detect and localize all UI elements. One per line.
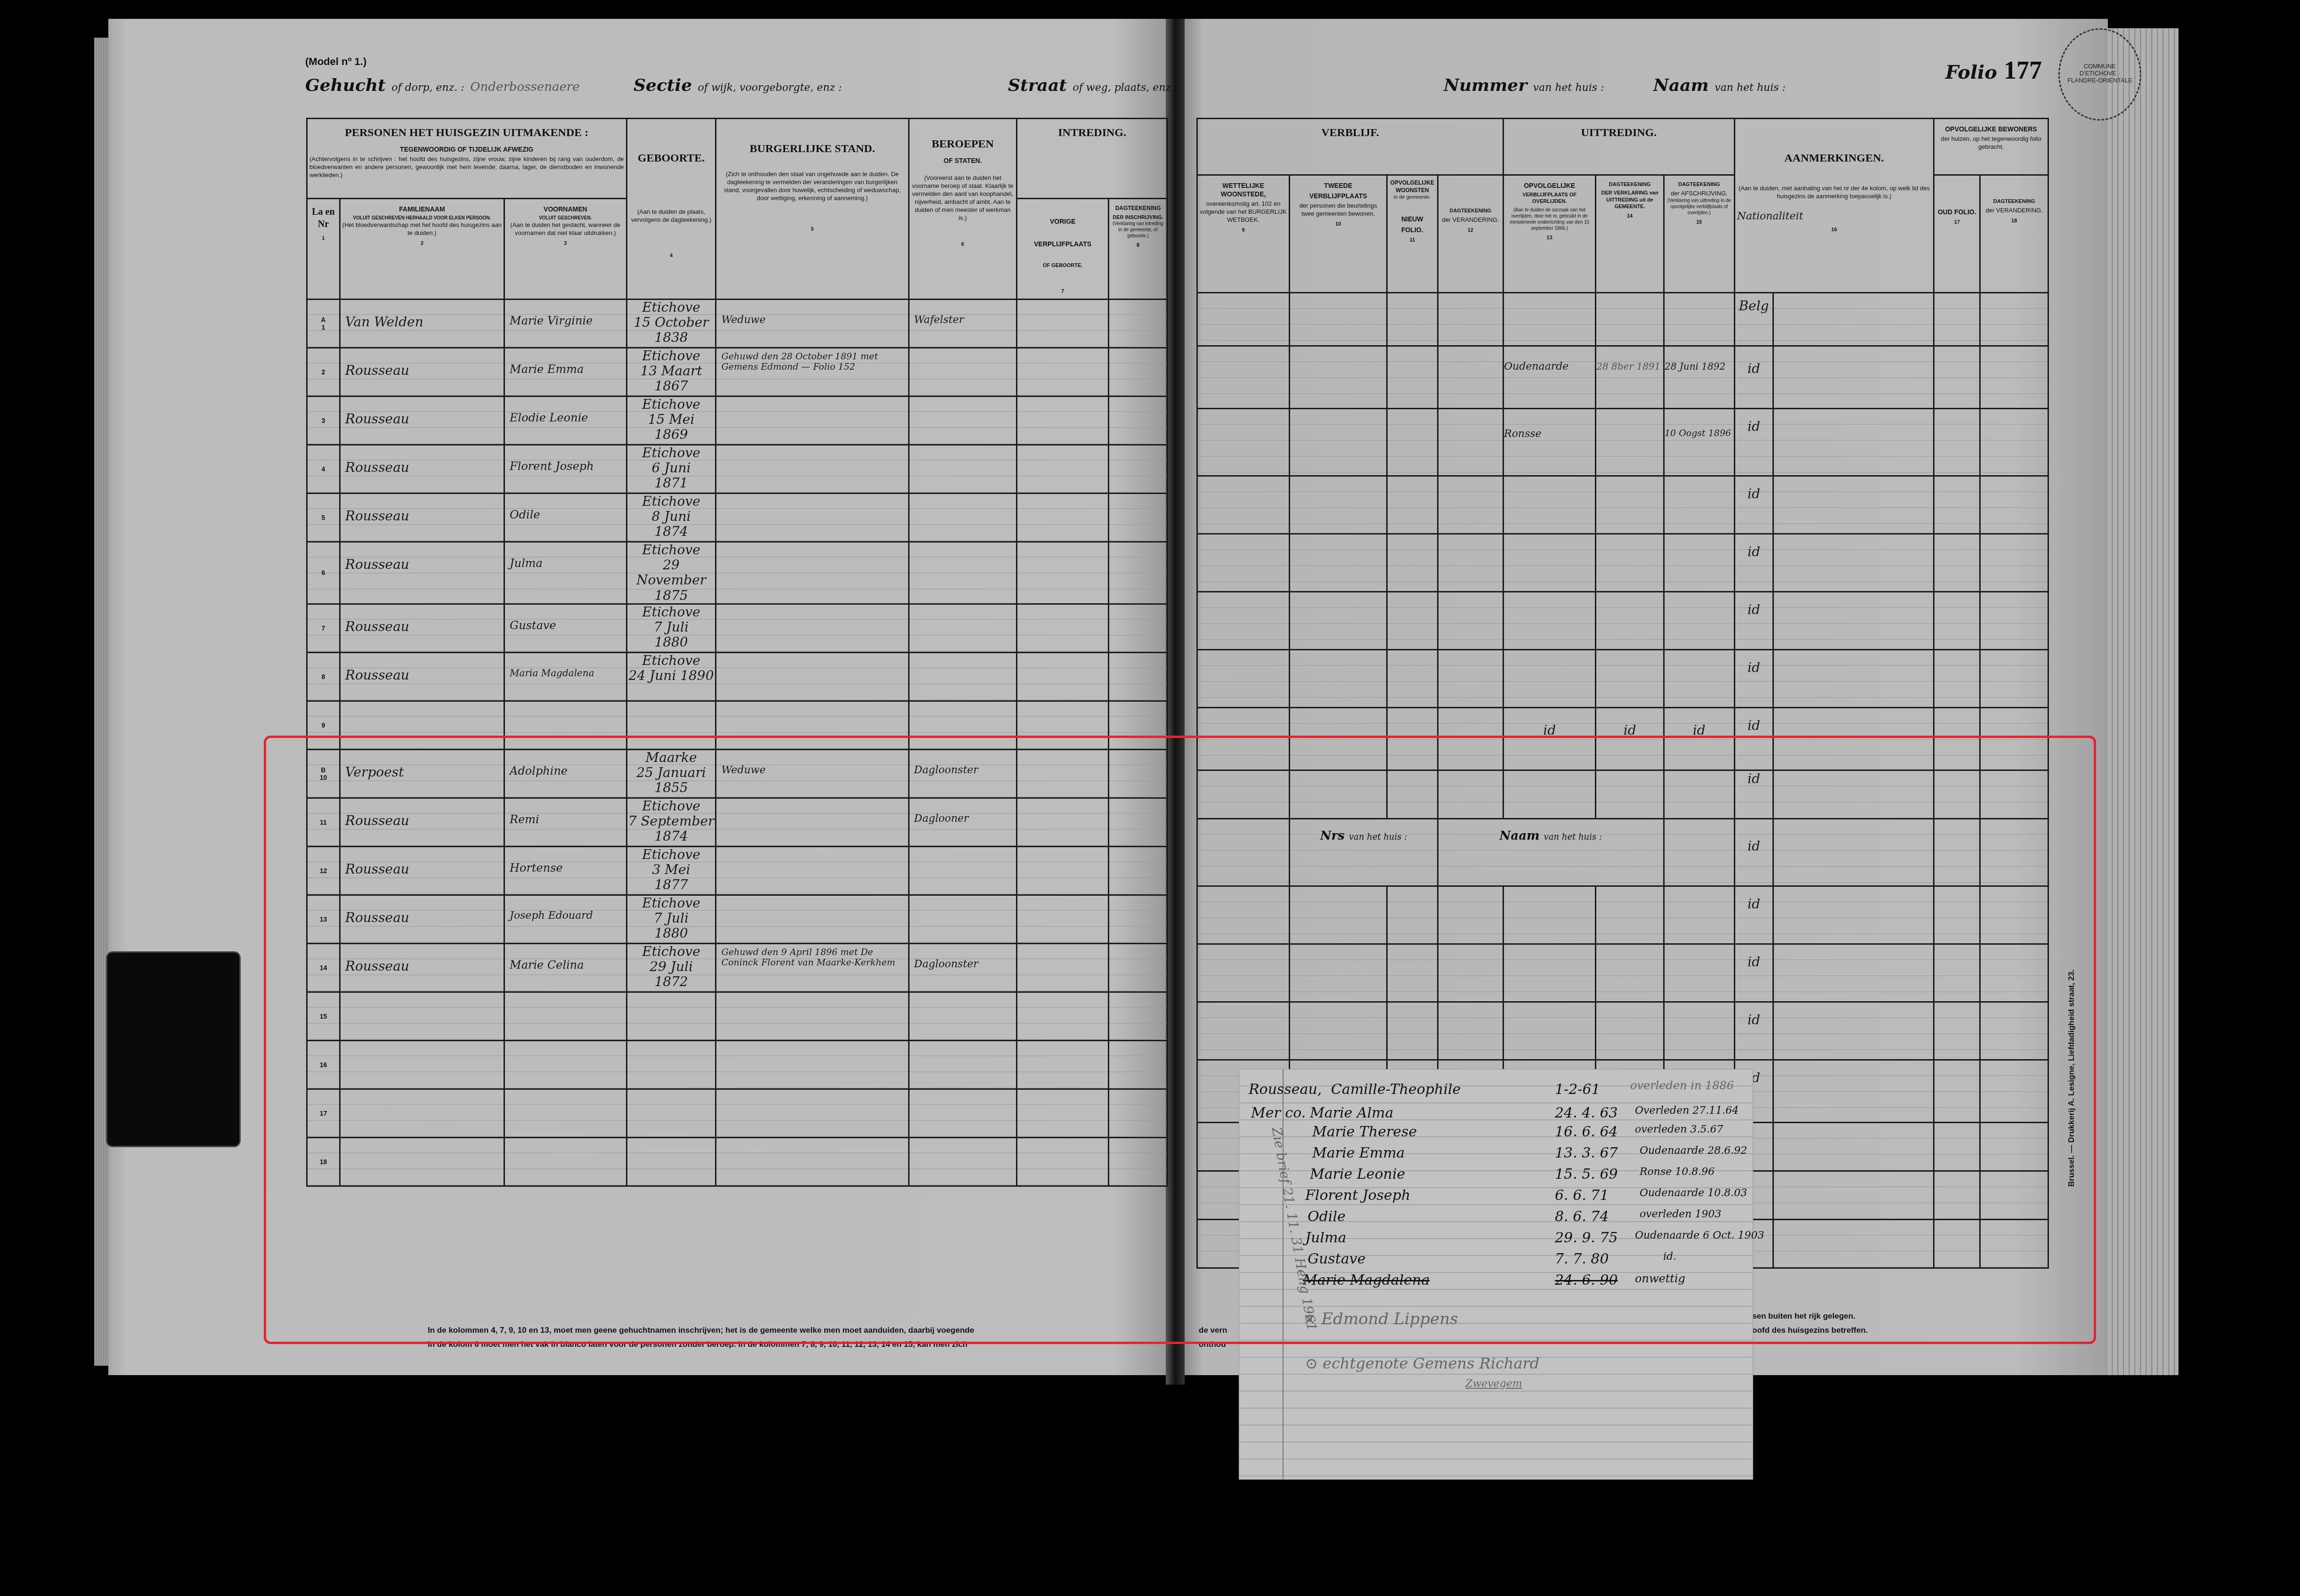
c14-value: 28 8ber 1891	[1596, 346, 1664, 409]
geboorte-jaar: 1874	[627, 829, 715, 844]
geboorte: Etichove6 Juni1871	[626, 445, 716, 493]
model-label: (Model nº 1.)	[305, 56, 366, 68]
verblijf-header: VERBLIJF.	[1197, 119, 1504, 175]
row-nr: 4	[307, 445, 340, 493]
col6-title: BEROEPEN	[911, 137, 1015, 152]
c13-value: Oudenaarde	[1504, 346, 1596, 409]
col1-title: La en Nr	[309, 206, 337, 230]
slip-entry-name: Marie Leonie	[1310, 1166, 1405, 1183]
voornamen: Marie Celina	[505, 944, 626, 974]
row-nr: 14	[307, 943, 340, 992]
gehucht-label: Gehucht	[305, 75, 386, 95]
col7-sub: VERPLIJFPLAATS	[1019, 240, 1106, 248]
geboorte-plaats: Etichove	[627, 446, 715, 461]
slip-entry-birth: 29. 9. 75	[1555, 1230, 1618, 1246]
right-page-edges	[2108, 28, 2178, 1375]
col3-header: VOORNAMEN VOLUIT GESCHREVEN. (Aan te dui…	[504, 199, 627, 300]
col10-sub: VERBLIJFPLAATS	[1292, 192, 1384, 200]
footnote-left-1: In de kolommen 4, 7, 9, 10 en 13, moet m…	[428, 1326, 974, 1335]
col13-sub: VERBLIJFPLAATS OF OVERLIJDEN.	[1506, 192, 1593, 205]
geboorte-plaats: Etichove	[627, 653, 715, 668]
c14-value: id	[1596, 708, 1664, 770]
opvolg-woonsten-sub: in de gemeente.	[1390, 194, 1435, 201]
familienaam: Rousseau	[341, 944, 504, 977]
col12-sub: der VERANDERING.	[1440, 216, 1501, 224]
nationaliteit: Belg	[1734, 293, 1773, 346]
table-row: A1 Van Welden Marie Virginie Etichove15 …	[307, 299, 1168, 348]
table-row: 17	[307, 1089, 1168, 1137]
col9-num: 9	[1200, 227, 1287, 234]
col13-title: OPVOLGELIJKE	[1506, 181, 1593, 190]
geboorte-plaats: Etichove	[627, 397, 715, 412]
geboorte-plaats: Etichove	[627, 799, 715, 814]
geboorte-plaats: Etichove	[627, 348, 715, 364]
slip-head-firstnames: Camille-Theophile	[1331, 1081, 1461, 1098]
slip-extra-line-3: Zwevegem	[1465, 1378, 1522, 1390]
geboorte-plaats: Etichove	[627, 494, 715, 509]
voornamen: Marie Emma	[505, 348, 626, 379]
slip-entry-name: Marie Therese	[1312, 1124, 1417, 1140]
col11-header: OPVOLGELIJKE WOONSTEN in de gemeente. NI…	[1387, 175, 1438, 293]
slip-entry-birth: 16. 6. 64	[1555, 1124, 1618, 1140]
table-row: 7 Rousseau Gustave Etichove7 Juli1880	[307, 604, 1168, 652]
burgerlijke-stand: Gehuwd den 28 October 1891 met Gemens Ed…	[716, 348, 908, 375]
stamp-text: COMMUNE D'ETICHOVE · FLANDRE-ORIENTALE	[2060, 30, 2140, 84]
col18-header: DAGTEEKENINGder VERANDERING.18	[1980, 175, 2048, 293]
col14-header: DAGTEEKENINGDER VERKLARING van UITTREDIN…	[1596, 175, 1664, 293]
table-row: Nrs van het huis : Naam van het huis : i…	[1197, 819, 2048, 886]
col2-sub: VOLUIT GESCHREVEN HERHAALD VOOR ELKEN PE…	[342, 215, 502, 221]
geboorte-datum: 24 Juni 1890	[627, 668, 715, 683]
slip-entry-name: Marie Alma	[1310, 1105, 1393, 1121]
col9-title: WETTELIJKE WOONSTEDE,	[1200, 181, 1287, 198]
geboorte: Maarke25 Januari1855	[626, 749, 716, 798]
footnote-right-1-start: de vern	[1199, 1326, 1227, 1335]
nationaliteit: id	[1734, 944, 1773, 1002]
c15-value: 10 Oogst 1896	[1664, 409, 1734, 476]
geboorte: Etichove7 September1874	[626, 798, 716, 846]
row-number: 10	[320, 774, 327, 781]
nationaliteit: id	[1734, 819, 1773, 886]
geboorte-jaar: 1838	[627, 330, 715, 345]
col15-sub: der AFSCHRIJVING.	[1666, 190, 1732, 198]
footnote-right-2-end: oofd des huisgezins betreffen.	[1752, 1326, 1868, 1335]
row-nr: 18	[307, 1137, 340, 1186]
table-row: 5 Rousseau Odile Etichove8 Juni1874	[307, 493, 1168, 542]
geboorte-datum: 15 October	[627, 315, 715, 330]
personen-note: (Achtervolgens in te schrijven : het hoo…	[309, 155, 624, 179]
geboorte-jaar: 1869	[627, 427, 715, 442]
geboorte-jaar: 1855	[627, 780, 715, 795]
col11-title: NIEUW	[1390, 215, 1435, 223]
personen-title: PERSONEN HET HUISGEZIN UITMAKENDE :	[309, 126, 624, 140]
naam-sub: van het huis :	[1715, 82, 1786, 94]
slip-entry-name: Gustave	[1308, 1251, 1365, 1267]
left-register-table: PERSONEN HET HUISGEZIN UITMAKENDE : TEGE…	[306, 118, 1168, 1187]
table-row: 15	[307, 992, 1168, 1040]
table-row: 3 Rousseau Elodie Leonie Etichove15 Mei1…	[307, 396, 1168, 445]
slip-entry-name: Florent Joseph	[1305, 1187, 1410, 1204]
col8-num: 8	[1111, 242, 1165, 249]
geboorte-jaar: 1867	[627, 379, 715, 394]
col2-note: (Het bloedverwantschap met het hoofd des…	[342, 221, 502, 237]
geboorte-datum: 15 Mei	[627, 412, 715, 427]
c13-value: id	[1504, 708, 1596, 770]
gehucht-field: Gehucht of dorp, enz. : Onderbossenaere	[305, 75, 580, 95]
col12-num: 12	[1440, 227, 1501, 234]
col4-num: 4	[629, 252, 714, 259]
voornamen: Odile	[505, 494, 626, 524]
slip-entry-birth: 15. 5. 69	[1555, 1166, 1618, 1183]
geboorte: Etichove3 Mei1877	[626, 846, 716, 895]
naam-field: Naam van het huis :	[1653, 75, 1786, 95]
col7-header: VORIGE VERPLIJFPLAATS OF GEBOORTE. 7	[1017, 199, 1109, 300]
geboorte-plaats: Etichove	[627, 300, 715, 315]
voornamen: Joseph Edouard	[505, 896, 626, 924]
col4-title: GEBOORTE.	[629, 151, 714, 166]
table-row: id	[1197, 886, 2048, 944]
personen-subtitle: TEGENWOORDIG OF TIJDELIJK AFWEZIG	[309, 145, 624, 154]
gehucht-sub: of dorp, enz. :	[391, 82, 464, 94]
slip-entry-birth: 13. 3. 67	[1555, 1145, 1618, 1161]
municipal-stamp: COMMUNE D'ETICHOVE · FLANDRE-ORIENTALE	[2058, 28, 2141, 121]
nationaliteit: id	[1734, 346, 1773, 409]
c13-value: Ronsse	[1504, 409, 1596, 476]
table-row: 16	[307, 1040, 1168, 1089]
geboorte: Etichove8 Juni1874	[626, 493, 716, 542]
voornamen: Florent Joseph	[505, 446, 626, 476]
geboorte: Etichove7 Juli1880	[626, 895, 716, 943]
personen-header: PERSONEN HET HUISGEZIN UITMAKENDE : TEGE…	[307, 119, 627, 199]
geboorte-jaar: 1880	[627, 926, 715, 941]
slip-entry-note: onwettig	[1635, 1272, 1685, 1285]
slip-entry-note: Oudenaarde 28.6.92	[1640, 1145, 1747, 1157]
slip-head-line: Rousseau, Camille-Theophile	[1249, 1081, 1461, 1098]
familienaam: Rousseau	[341, 543, 504, 575]
col12-header: DAGTEEKENINGder VERANDERING.12	[1438, 175, 1503, 293]
slip-entry-name: Julma	[1305, 1230, 1346, 1246]
nationaliteit: id	[1734, 476, 1773, 534]
familienaam: Rousseau	[341, 799, 504, 831]
col13-num: 13	[1506, 235, 1593, 241]
nationaliteit: id	[1734, 650, 1773, 708]
row-nr: A1	[307, 299, 340, 348]
col5-title: BURGERLIJKE STAND.	[718, 142, 906, 156]
voornamen: Maria Magdalena	[505, 653, 626, 681]
slip-entry-birth: 24. 4. 63	[1555, 1105, 1618, 1121]
col7-title: VORIGE	[1019, 217, 1106, 226]
verblijf-title: VERBLIJF.	[1200, 126, 1501, 140]
col1-header: La en Nr 1	[307, 199, 340, 300]
geboorte: Etichove24 Juni 1890	[626, 652, 716, 701]
nationaliteit: id	[1734, 708, 1773, 770]
col2-title: FAMILIENAAM	[342, 205, 502, 213]
col18-title: DAGTEEKENING	[1983, 198, 2046, 205]
geboorte-datum: 7 September	[627, 814, 715, 829]
bewoners-note: der huizen, op het tegenwoordig folio ge…	[1936, 135, 2046, 151]
beroep: Daglooner	[910, 799, 1016, 827]
col13-header: OPVOLGELIJKEVERBLIJFPLAATS OF OVERLIJDEN…	[1504, 175, 1596, 293]
table-row: 18	[307, 1137, 1168, 1186]
col2-num: 2	[342, 240, 502, 247]
table-row: 14 Rousseau Marie Celina Etichove29 Juli…	[307, 943, 1168, 992]
geboorte-plaats: Maarke	[627, 750, 715, 765]
col15-header: DAGTEEKENINGder AFSCHRIJVING.(Verklaring…	[1664, 175, 1734, 293]
geboorte-plaats: Etichove	[627, 896, 715, 911]
bewoners-header: OPVOLGELIJKE BEWONERS der huizen, op het…	[1934, 119, 2048, 175]
binder-clip	[106, 951, 241, 1147]
slip-entry-name: Odile	[1308, 1208, 1346, 1225]
col16-num: 16	[1737, 227, 1931, 233]
intreding-header: INTREDING.	[1017, 119, 1168, 199]
col8-sub: DER INSCHRIJVING.	[1111, 214, 1165, 221]
col8-note: (Verklaring van intreding in de gemeente…	[1111, 221, 1165, 239]
geboorte-jaar: 1872	[627, 974, 715, 989]
table-row: 8 Rousseau Maria Magdalena Etichove24 Ju…	[307, 652, 1168, 701]
household-b-naam-field: Naam van het huis :	[1438, 819, 1664, 886]
col8-header: DAGTEEKENING DER INSCHRIJVING. (Verklari…	[1109, 199, 1168, 300]
nationaliteit: id	[1734, 770, 1773, 819]
geboorte: Etichove13 Maart1867	[626, 348, 716, 396]
row-nr: 13	[307, 895, 340, 943]
household-b-nr-sub: van het huis :	[1349, 832, 1407, 842]
col17-title: OUD FOLIO.	[1936, 208, 1977, 216]
naam-label: Naam	[1653, 75, 1709, 95]
voornamen: Remi	[505, 799, 626, 829]
geboorte-jaar: 1880	[627, 635, 715, 650]
nummer-field: Nummer van het huis :	[1444, 75, 1604, 95]
geboorte-jaar: 1874	[627, 524, 715, 539]
nationaliteit: id	[1734, 886, 1773, 944]
straat-label: Straat	[1008, 75, 1067, 95]
col6-note: (Vooreerst aan te duiden het voorname be…	[911, 174, 1015, 222]
household-b-naam-label: Naam	[1500, 829, 1540, 843]
col14-sub: DER VERKLARING van UITTREDING uit de GEM…	[1598, 190, 1661, 210]
familienaam: Rousseau	[341, 653, 504, 686]
bewoners-title: OPVOLGELIJKE BEWONERS	[1936, 125, 2046, 133]
folio: Folio 177	[1945, 56, 2042, 85]
familienaam: Rousseau	[341, 348, 504, 381]
sectie-field: Sectie of wijk, voorgeborgte, enz :	[634, 75, 842, 95]
nummer-sub: van het huis :	[1533, 82, 1604, 94]
sectie-sub: of wijk, voorgeborgte, enz :	[698, 82, 842, 94]
geboorte-jaar: 1875	[627, 588, 715, 603]
household-letter: B	[308, 766, 339, 774]
geboorte-plaats: Etichove	[627, 944, 715, 959]
table-row: Belg	[1197, 293, 2048, 346]
row-nr: 5	[307, 493, 340, 542]
col16-header: AANMERKINGEN. (Aan te duiden, met aanhal…	[1734, 119, 1934, 293]
geboorte: Etichove29 November1875	[626, 542, 716, 604]
col4-header: GEBOORTE. (Aan te duiden de plaats, verv…	[626, 119, 716, 300]
table-row: id	[1197, 1002, 2048, 1060]
col8-title: DAGTEEKENING	[1111, 205, 1165, 212]
familienaam: Rousseau	[341, 494, 504, 527]
slip-spouse-label: Mer co.	[1251, 1105, 1306, 1121]
row-nr: 2	[307, 348, 340, 396]
col2-header: FAMILIENAAM VOLUIT GESCHREVEN HERHAALD V…	[340, 199, 504, 300]
slip-entry-birth-struck: 24. 6. 90	[1555, 1272, 1618, 1288]
table-row: id	[1197, 534, 2048, 592]
slip-head-note: overleden in 1886	[1630, 1079, 1734, 1092]
slip-entry-name-struck: Marie Magdalena	[1303, 1272, 1430, 1288]
col17-header: OUD FOLIO.17	[1934, 175, 1980, 293]
table-row: 6 Rousseau Julma Etichove29 November1875	[307, 542, 1168, 604]
col15-note: (Verklaring van uittreding in de opvolge…	[1666, 198, 1732, 216]
geboorte-datum: 25 Januari	[627, 765, 715, 780]
row-number: 1	[322, 324, 325, 331]
geboorte-datum: 8 Juni	[627, 509, 715, 524]
opvolg-woonsten-title: OPVOLGELIJKE WOONSTEN	[1390, 179, 1435, 194]
voornamen: Adolphine	[505, 750, 626, 780]
geboorte-datum: 29 November	[627, 558, 715, 588]
row-nr: 6	[307, 542, 340, 604]
table-row: Oudenaarde28 8ber 189128 Juni 1892id	[1197, 346, 2048, 409]
col5-num: 5	[718, 226, 906, 233]
slip-extra-line-1: × Edmond Lippens	[1303, 1310, 1458, 1329]
table-row: idididid	[1197, 708, 2048, 770]
col3-note: (Aan te duiden het geslacht, wanneer de …	[507, 221, 624, 237]
beroep	[910, 348, 1016, 354]
table-row: 4 Rousseau Florent Joseph Etichove6 Juni…	[307, 445, 1168, 493]
col10-note: der personen die beurtelings twee gemeen…	[1292, 202, 1384, 218]
beroep: Wafelster	[910, 300, 1016, 329]
geboorte: Etichove15 Mei1869	[626, 396, 716, 445]
table-row: B10 Verpoest Adolphine Maarke25 Januari1…	[307, 749, 1168, 798]
nummer-label: Nummer	[1444, 75, 1527, 95]
col18-num: 18	[1983, 218, 2046, 224]
straat-field: Straat of weg, plaats, enz.	[1008, 75, 1174, 95]
table-row: Ronsse10 Oogst 1896id	[1197, 409, 2048, 476]
row-nr: 11	[307, 798, 340, 846]
beroep: Dagloonster	[910, 944, 1016, 973]
household-b-naam-sub: van het huis :	[1544, 832, 1602, 842]
geboorte-jaar: 1871	[627, 476, 715, 491]
familienaam: Rousseau	[341, 446, 504, 478]
voornamen: Hortense	[505, 847, 626, 877]
geboorte-jaar: 1877	[627, 877, 715, 892]
geboorte-plaats: Etichove	[627, 543, 715, 558]
table-row: id	[1197, 476, 2048, 534]
nationaliteit: id	[1734, 409, 1773, 476]
col16-note: (Aan te duiden, met aanhaling van het nr…	[1737, 185, 1931, 201]
folio-number: 177	[2004, 56, 2042, 84]
voornamen: Elodie Leonie	[505, 397, 626, 427]
slip-extra-line-2: ⊙ echtgenote Gemens Richard	[1305, 1354, 1539, 1372]
geboorte-plaats: Etichove	[627, 847, 715, 862]
burgerlijke-stand: Gehuwd den 9 April 1896 met De Coninck F…	[716, 944, 908, 971]
slip-entry-name: Marie Emma	[1312, 1145, 1405, 1161]
straat-sub: of weg, plaats, enz.	[1073, 82, 1174, 94]
nationaliteit: id	[1734, 1002, 1773, 1060]
col12-title: DAGTEEKENING	[1440, 208, 1501, 214]
geboorte: Etichove7 Juli1880	[626, 604, 716, 652]
c15-value: 28 Juni 1892	[1664, 346, 1734, 409]
col11-num: 11	[1390, 237, 1435, 243]
voornamen: Julma	[505, 543, 626, 573]
slip-head-surname: Rousseau,	[1249, 1081, 1322, 1098]
slip-entry-note: Ronse 10.8.96	[1640, 1166, 1715, 1178]
table-row: 2 Rousseau Marie Emma Etichove13 Maart18…	[307, 348, 1168, 396]
table-row: 12 Rousseau Hortense Etichove3 Mei1877	[307, 846, 1168, 895]
slip-head-birth: 1-2-61	[1555, 1081, 1601, 1098]
gehucht-value: Onderbossenaere	[470, 80, 579, 94]
folio-label: Folio	[1945, 61, 1997, 83]
c15-value: id	[1664, 708, 1734, 770]
geboorte-datum: 6 Juni	[627, 461, 715, 476]
familienaam: Rousseau	[341, 605, 504, 637]
intreding-title: INTREDING.	[1019, 126, 1165, 140]
slip-entry-note: overleden 3.5.67	[1635, 1124, 1723, 1135]
slip-entry-note: Oudenaarde 6 Oct. 1903	[1635, 1230, 1764, 1241]
col4-note: (Aan te duiden de plaats, vervolgens de …	[629, 208, 714, 224]
slip-entry-note: overleden 1903	[1640, 1208, 1722, 1220]
familienaam: Rousseau	[341, 847, 504, 880]
col6-num: 6	[911, 241, 1015, 248]
beroep: Dagloonster	[910, 750, 1016, 779]
nationaliteit: id	[1734, 592, 1773, 650]
slip-entry-note: Overleden 27.11.64	[1635, 1105, 1739, 1117]
row-nr: 3	[307, 396, 340, 445]
table-row: 9	[307, 701, 1168, 749]
burgerlijke-stand: Weduwe	[716, 300, 908, 329]
col5-header: BURGERLIJKE STAND. (Zich te onthouden de…	[716, 119, 909, 300]
geboorte-datum: 29 Juli	[627, 959, 715, 974]
col6-sub: OF STATEN.	[911, 156, 1015, 165]
col10-num: 10	[1292, 221, 1384, 227]
col13-note: (Aan te duiden de oorzaak van het overli…	[1506, 207, 1593, 232]
table-row: 13 Rousseau Joseph Edouard Etichove7 Jul…	[307, 895, 1168, 943]
row-nr: 9	[307, 701, 340, 749]
col11-sub: FOLIO.	[1390, 226, 1435, 234]
row-nr: 17	[307, 1089, 340, 1137]
household-b-nr-label: Nrs	[1320, 829, 1345, 843]
col14-title: DAGTEEKENING	[1598, 181, 1661, 188]
table-row: 11 Rousseau Remi Etichove7 September1874…	[307, 798, 1168, 846]
col15-title: DAGTEEKENING	[1666, 181, 1732, 188]
footnote-left-2: In de kolom 6 moet men het vak in blanco…	[428, 1340, 967, 1349]
geboorte-datum: 7 Juli	[627, 620, 715, 635]
row-nr: B10	[307, 749, 340, 798]
col6-header: BEROEPEN OF STATEN. (Vooreerst aan te du…	[909, 119, 1017, 300]
nationaliteit-label: Nationaliteit	[1737, 210, 1931, 224]
book-spine	[1166, 19, 1185, 1385]
row-nr: 15	[307, 992, 340, 1040]
col10-title: TWEEDE	[1292, 181, 1384, 190]
col9-note: overeenkomstig art. 102 en volgende van …	[1200, 200, 1287, 224]
familienaam: Van Welden	[341, 300, 504, 332]
slip-entry-note: id.	[1663, 1251, 1676, 1263]
slip-entry-birth: 6. 6. 71	[1555, 1187, 1609, 1204]
table-row: id	[1197, 770, 2048, 819]
familienaam: Rousseau	[341, 896, 504, 928]
table-row: id	[1197, 592, 2048, 650]
col3-num: 3	[507, 240, 624, 247]
geboorte-datum: 13 Maart	[627, 364, 715, 379]
geboorte: Etichove15 October1838	[626, 299, 716, 348]
table-row: id	[1197, 650, 2048, 708]
col15-num: 15	[1666, 219, 1732, 226]
geboorte-plaats: Etichove	[627, 605, 715, 620]
voornamen: Gustave	[505, 605, 626, 635]
slip-entry-note: Oudenaarde 10.8.03	[1640, 1187, 1747, 1199]
familienaam: Rousseau	[341, 397, 504, 429]
col7-num: 7	[1019, 288, 1106, 295]
col18-sub: der VERANDERING.	[1983, 207, 2046, 215]
col10-header: TWEEDEVERBLIJFPLAATSder personen die beu…	[1290, 175, 1387, 293]
table-row: id	[1197, 944, 2048, 1002]
sectie-label: Sectie	[634, 75, 692, 95]
